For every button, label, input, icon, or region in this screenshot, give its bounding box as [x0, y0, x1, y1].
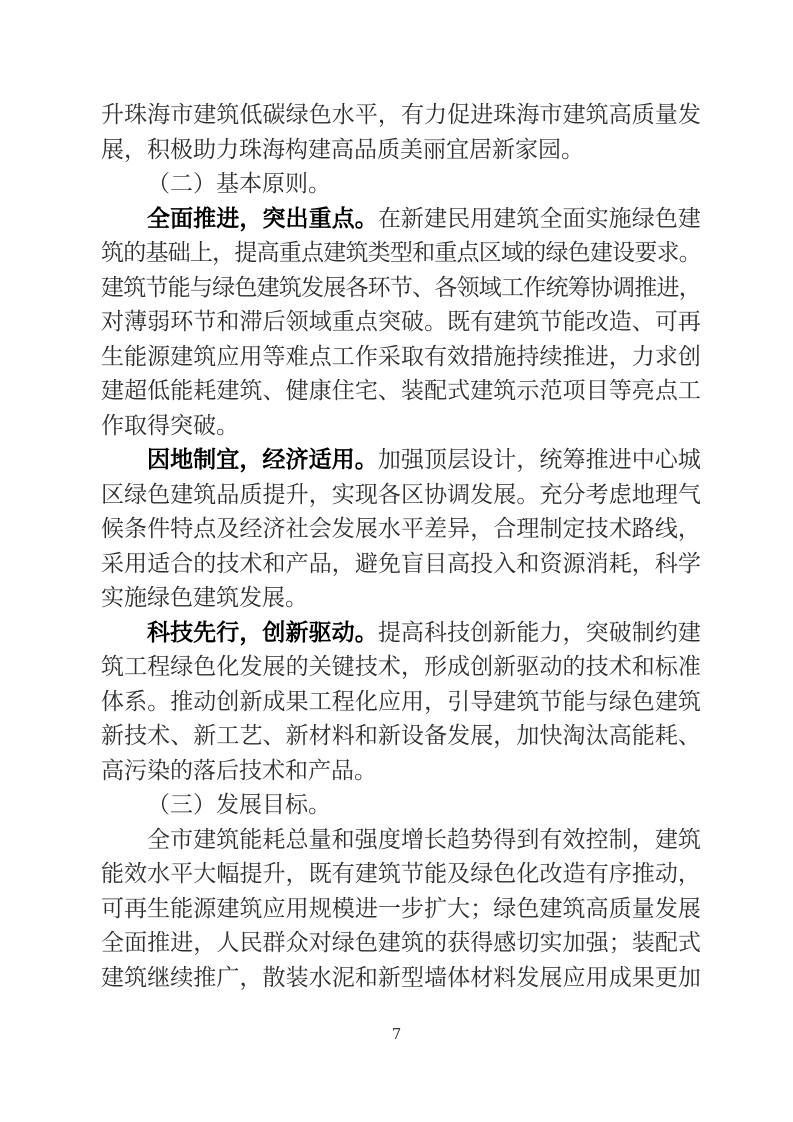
- text-line-content: 对薄弱环节和滞后领域重点突破。既有建筑节能改造、可再: [101, 305, 701, 340]
- text-line: 全市建筑能耗总量和强度增长趋势得到有效控制，建筑: [101, 823, 701, 858]
- text-line-content: 作取得突破。: [101, 409, 239, 444]
- text-line-content: 全市建筑能耗总量和强度增长趋势得到有效控制，建筑: [147, 823, 701, 858]
- line-text: 作取得突破。: [101, 413, 239, 439]
- text-line: 区绿色建筑品质提升，实现各区协调发展。充分考虑地理气: [101, 478, 701, 513]
- text-line: 作取得突破。: [101, 409, 701, 444]
- text-line: 新技术、新工艺、新材料和新设备发展，加快淘汰高能耗、: [101, 719, 701, 754]
- text-line-content: 可再生能源建筑应用规模进一步扩大；绿色建筑高质量发展: [101, 892, 701, 927]
- line-text: 建超低能耗建筑、健康住宅、装配式建筑示范项目等亮点工: [101, 378, 701, 404]
- line-text: 建筑节能与绿色建筑发展各环节、各领域工作统筹协调推进，: [101, 275, 701, 301]
- text-line: 科技先行，创新驱动。提高科技创新能力，突破制约建: [101, 616, 701, 651]
- text-line-content: 因地制宜，经济适用。加强顶层设计，统筹推进中心城: [147, 443, 701, 478]
- line-text: 加强顶层设计，统筹推进中心城: [378, 447, 701, 473]
- line-text: 高污染的落后技术和产品。: [101, 758, 377, 784]
- text-line-content: 展，积极助力珠海构建高品质美丽宜居新家园。: [101, 133, 584, 168]
- text-line-content: 升珠海市建筑低碳绿色水平，有力促进珠海市建筑高质量发: [101, 98, 701, 133]
- text-line-content: 科技先行，创新驱动。提高科技创新能力，突破制约建: [147, 616, 701, 651]
- emphasis-text: 全面推进，突出重点。: [147, 205, 378, 232]
- line-text: 全市建筑能耗总量和强度增长趋势得到有效控制，建筑: [147, 827, 701, 853]
- document-body: 升珠海市建筑低碳绿色水平，有力促进珠海市建筑高质量发展，积极助力珠海构建高品质美…: [101, 98, 701, 995]
- line-text: 筑的基础上，提高重点建筑类型和重点区域的绿色建设要求。: [101, 240, 701, 266]
- line-text: 全面推进，人民群众对绿色建筑的获得感切实加强；装配式: [101, 930, 701, 956]
- text-line: 可再生能源建筑应用规模进一步扩大；绿色建筑高质量发展: [101, 892, 701, 927]
- text-line-content: 筑工程绿色化发展的关键技术，形成创新驱动的技术和标准: [101, 650, 701, 685]
- text-line-content: 采用适合的技术和产品，避免盲目高投入和资源消耗，科学: [101, 547, 701, 582]
- text-line-content: 高污染的落后技术和产品。: [101, 754, 377, 789]
- text-line: 体系。推动创新成果工程化应用，引导建筑节能与绿色建筑: [101, 685, 701, 720]
- line-text: （二）基本原则。: [147, 171, 331, 197]
- line-text: 提高科技创新能力，突破制约建: [378, 620, 701, 646]
- text-line-content: 能效水平大幅提升，既有建筑节能及绿色化改造有序推动，: [101, 857, 701, 892]
- text-line-content: 体系。推动创新成果工程化应用，引导建筑节能与绿色建筑: [101, 685, 701, 720]
- line-text: 升珠海市建筑低碳绿色水平，有力促进珠海市建筑高质量发: [101, 102, 701, 128]
- text-line-content: 建筑继续推广，散装水泥和新型墙体材料发展应用成果更加: [101, 961, 701, 996]
- text-line: 展，积极助力珠海构建高品质美丽宜居新家园。: [101, 133, 701, 168]
- text-line-content: （三）发展目标。: [147, 788, 331, 823]
- text-line: 建筑节能与绿色建筑发展各环节、各领域工作统筹协调推进，: [101, 271, 701, 306]
- emphasis-text: 因地制宜，经济适用。: [147, 446, 378, 473]
- text-line: 实施绿色建筑发展。: [101, 581, 701, 616]
- text-line: 能效水平大幅提升，既有建筑节能及绿色化改造有序推动，: [101, 857, 701, 892]
- page-number: 7: [0, 1024, 793, 1044]
- text-line: 采用适合的技术和产品，避免盲目高投入和资源消耗，科学: [101, 547, 701, 582]
- text-line: 候条件特点及经济社会发展水平差异，合理制定技术路线，: [101, 512, 701, 547]
- text-line: 筑工程绿色化发展的关键技术，形成创新驱动的技术和标准: [101, 650, 701, 685]
- text-line: 生能源建筑应用等难点工作采取有效措施持续推进，力求创: [101, 340, 701, 375]
- text-line-content: 区绿色建筑品质提升，实现各区协调发展。充分考虑地理气: [101, 478, 701, 513]
- text-line-content: （二）基本原则。: [147, 167, 331, 202]
- line-text: 展，积极助力珠海构建高品质美丽宜居新家园。: [101, 137, 584, 163]
- line-text: 筑工程绿色化发展的关键技术，形成创新驱动的技术和标准: [101, 654, 701, 680]
- text-line-content: 新技术、新工艺、新材料和新设备发展，加快淘汰高能耗、: [101, 719, 701, 754]
- text-line: 建超低能耗建筑、健康住宅、装配式建筑示范项目等亮点工: [101, 374, 701, 409]
- text-line-content: 筑的基础上，提高重点建筑类型和重点区域的绿色建设要求。: [101, 236, 701, 271]
- line-text: 采用适合的技术和产品，避免盲目高投入和资源消耗，科学: [101, 551, 701, 577]
- line-text: 建筑继续推广，散装水泥和新型墙体材料发展应用成果更加: [101, 965, 701, 991]
- emphasis-text: 科技先行，创新驱动。: [147, 619, 378, 646]
- line-text: 候条件特点及经济社会发展水平差异，合理制定技术路线，: [101, 516, 701, 542]
- text-line: （三）发展目标。: [101, 788, 701, 823]
- text-line: 对薄弱环节和滞后领域重点突破。既有建筑节能改造、可再: [101, 305, 701, 340]
- text-line: （二）基本原则。: [101, 167, 701, 202]
- line-text: （三）发展目标。: [147, 792, 331, 818]
- text-line-content: 生能源建筑应用等难点工作采取有效措施持续推进，力求创: [101, 340, 701, 375]
- text-line-content: 全面推进，人民群众对绿色建筑的获得感切实加强；装配式: [101, 926, 701, 961]
- line-text: 实施绿色建筑发展。: [101, 585, 308, 611]
- text-line-content: 候条件特点及经济社会发展水平差异，合理制定技术路线，: [101, 512, 701, 547]
- text-line: 全面推进，人民群众对绿色建筑的获得感切实加强；装配式: [101, 926, 701, 961]
- document-page: 升珠海市建筑低碳绿色水平，有力促进珠海市建筑高质量发展，积极助力珠海构建高品质美…: [0, 0, 793, 1122]
- line-text: 新技术、新工艺、新材料和新设备发展，加快淘汰高能耗、: [101, 723, 701, 749]
- text-line-content: 建筑节能与绿色建筑发展各环节、各领域工作统筹协调推进，: [101, 271, 701, 306]
- text-line-content: 建超低能耗建筑、健康住宅、装配式建筑示范项目等亮点工: [101, 374, 701, 409]
- line-text: 能效水平大幅提升，既有建筑节能及绿色化改造有序推动，: [101, 861, 701, 887]
- line-text: 生能源建筑应用等难点工作采取有效措施持续推进，力求创: [101, 344, 701, 370]
- text-line: 升珠海市建筑低碳绿色水平，有力促进珠海市建筑高质量发: [101, 98, 701, 133]
- line-text: 在新建民用建筑全面实施绿色建: [378, 206, 701, 232]
- text-line: 因地制宜，经济适用。加强顶层设计，统筹推进中心城: [101, 443, 701, 478]
- text-line-content: 实施绿色建筑发展。: [101, 581, 308, 616]
- text-line: 全面推进，突出重点。在新建民用建筑全面实施绿色建: [101, 202, 701, 237]
- line-text: 可再生能源建筑应用规模进一步扩大；绿色建筑高质量发展: [101, 896, 701, 922]
- text-line: 高污染的落后技术和产品。: [101, 754, 701, 789]
- text-line-content: 全面推进，突出重点。在新建民用建筑全面实施绿色建: [147, 202, 701, 237]
- line-text: 区绿色建筑品质提升，实现各区协调发展。充分考虑地理气: [101, 482, 701, 508]
- line-text: 体系。推动创新成果工程化应用，引导建筑节能与绿色建筑: [101, 689, 701, 715]
- line-text: 对薄弱环节和滞后领域重点突破。既有建筑节能改造、可再: [101, 309, 701, 335]
- text-line: 筑的基础上，提高重点建筑类型和重点区域的绿色建设要求。: [101, 236, 701, 271]
- text-line: 建筑继续推广，散装水泥和新型墙体材料发展应用成果更加: [101, 961, 701, 996]
